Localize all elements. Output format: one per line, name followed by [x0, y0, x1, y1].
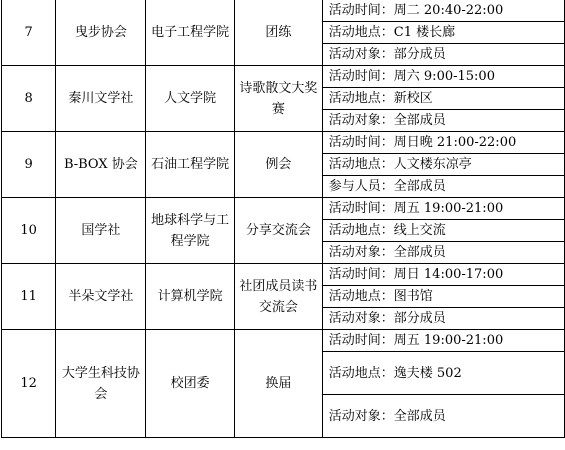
activity-audience: 参与人员：全部成员 [322, 176, 564, 198]
row-number: 7 [2, 0, 56, 66]
activity-location: 活动地点：C1 楼长廊 [322, 22, 564, 44]
activity-time: 活动时间：周六 9:00-15:00 [322, 66, 564, 88]
activity-audience: 活动对象：部分成员 [322, 44, 564, 66]
college-name: 石油工程学院 [146, 132, 235, 198]
table-row: 11 半朵文学社 计算机学院 社团成员读书交流会 活动时间：周日 14:00-1… [2, 264, 565, 286]
activity-location: 活动地点：线上交流 [322, 220, 564, 242]
college-name: 校团委 [146, 330, 235, 438]
college-name: 计算机学院 [146, 264, 235, 330]
row-number: 10 [2, 198, 56, 264]
activity-time: 活动时间：周五 19:00-21:00 [322, 198, 564, 220]
college-name: 人文学院 [146, 66, 235, 132]
table-row: 10 国学社 地球科学与工程学院 分享交流会 活动时间：周五 19:00-21:… [2, 198, 565, 220]
activity-location: 活动地点：逸夫楼 502 [322, 352, 564, 395]
activity-audience: 活动对象：全部成员 [322, 110, 564, 132]
activity-time: 活动时间：周日晚 21:00-22:00 [322, 132, 564, 154]
activity-name: 团练 [235, 0, 323, 66]
club-name: B-BOX 协会 [56, 132, 146, 198]
activity-name: 社团成员读书交流会 [235, 264, 323, 330]
activity-location: 活动地点：图书馆 [322, 286, 564, 308]
activity-time: 活动时间：周日 14:00-17:00 [322, 264, 564, 286]
club-name: 秦川文学社 [56, 66, 146, 132]
activity-name: 分享交流会 [235, 198, 323, 264]
row-number: 12 [2, 330, 56, 438]
activity-name: 例会 [235, 132, 323, 198]
activity-location: 活动地点：人文楼东凉亭 [322, 154, 564, 176]
row-number: 9 [2, 132, 56, 198]
club-name: 曳步协会 [56, 0, 146, 66]
club-name: 半朵文学社 [56, 264, 146, 330]
activity-time: 活动时间：周二 20:40-22:00 [322, 0, 564, 22]
row-number: 8 [2, 66, 56, 132]
row-number: 11 [2, 264, 56, 330]
activity-audience: 活动对象：全部成员 [322, 395, 564, 438]
college-name: 地球科学与工程学院 [146, 198, 235, 264]
activity-audience: 活动对象：部分成员 [322, 308, 564, 330]
activity-audience: 活动对象：全部成员 [322, 242, 564, 264]
table-row: 9 B-BOX 协会 石油工程学院 例会 活动时间：周日晚 21:00-22:0… [2, 132, 565, 154]
club-name: 大学生科技协会 [56, 330, 146, 438]
table-row: 7 曳步协会 电子工程学院 团练 活动时间：周二 20:40-22:00 [2, 0, 565, 22]
activity-name: 诗歌散文大奖赛 [235, 66, 323, 132]
table-row: 12 大学生科技协会 校团委 换届 活动时间：周五 19:00-21:00 [2, 330, 565, 352]
activity-time: 活动时间：周五 19:00-21:00 [322, 330, 564, 352]
club-name: 国学社 [56, 198, 146, 264]
college-name: 电子工程学院 [146, 0, 235, 66]
activity-location: 活动地点：新校区 [322, 88, 564, 110]
club-activity-table: 7 曳步协会 电子工程学院 团练 活动时间：周二 20:40-22:00 活动地… [1, 0, 565, 438]
activity-name: 换届 [235, 330, 323, 438]
table-row: 8 秦川文学社 人文学院 诗歌散文大奖赛 活动时间：周六 9:00-15:00 [2, 66, 565, 88]
